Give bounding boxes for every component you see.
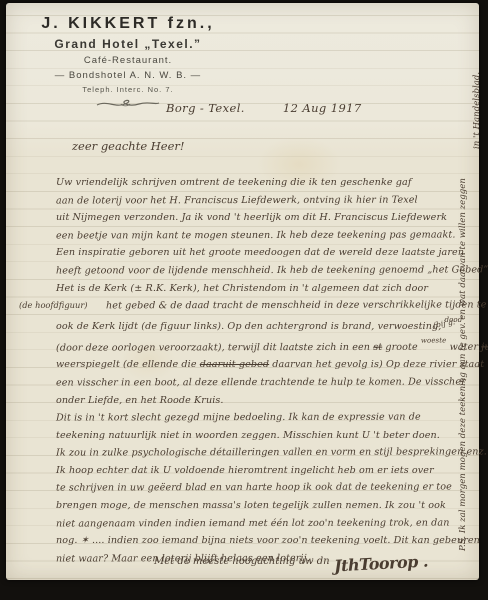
letter-line: te schrijven in uw geëerd blad en van ha…: [56, 479, 464, 498]
photo-backdrop: J. KIKKERT fzn., Grand Hotel „Texel.” Ca…: [0, 0, 488, 600]
letter-line: teekening natuurlijk niet in woorden zeg…: [56, 427, 464, 445]
letter-paper: J. KIKKERT fzn., Grand Hotel „Texel.” Ca…: [6, 3, 479, 580]
letter-line: Ik zou in zulke psychologische détailler…: [56, 444, 464, 463]
letter-line: aan de loterij voor het H. Franciscus Li…: [56, 191, 464, 210]
letter-line: onder Liefde, en het Roode Kruis.: [56, 392, 464, 410]
letter-line: brengen moge, de menschen massa's loten …: [56, 497, 464, 515]
letter-line: (door deze oorlogen veroorzaakt), terwij…: [56, 335, 464, 357]
letter-line: nog. ✶ .... indien zoo iemand bijna niet…: [56, 532, 464, 550]
postscript-vertical-wrap: in 't Handelsblad.: [472, 39, 484, 149]
letter-line: een beetje van mijn kant te mogen steune…: [56, 226, 464, 245]
letterhead-bondshotel: — Bondshotel A. N. W. B. —: [14, 70, 242, 81]
letterhead-name: J. KIKKERT fzn.,: [14, 15, 242, 33]
letterhead-cafe: Café-Restaurant.: [14, 55, 242, 66]
letter-line: ook de Kerk lijdt (de figuur links). Op …: [56, 315, 464, 336]
dateline: Borg - Texel. 12 Aug 1917: [166, 101, 362, 115]
dateline-place: Borg - Texel.: [166, 101, 245, 115]
letter-line: weerspiegelt (de ellende die daaruit geb…: [56, 356, 464, 374]
signature: JthToorop .: [334, 552, 429, 576]
letterhead-telephone: Teleph. Interc. No. 7.: [14, 85, 242, 94]
letter-line: niet aangenaam vinden indien iemand met …: [56, 514, 464, 533]
letter-line: uit Nijmegen verzonden. Ja ik vond 't he…: [56, 209, 464, 227]
dateline-date: 12 Aug 1917: [283, 101, 362, 115]
letter-line: heeft getoond voor de lijdende menschhei…: [56, 261, 464, 280]
letter-line: Een inspiratie geboren uit het groote me…: [56, 244, 464, 262]
letter-line: Uw vriendelijk schrijven omtrent de teek…: [56, 174, 464, 192]
margin-note-left: (de hoofdfiguur): [19, 300, 88, 310]
letterhead: J. KIKKERT fzn., Grand Hotel „Texel.” Ca…: [14, 15, 242, 115]
letter-line: Ik hoop echter dat ik U voldoende hierom…: [56, 462, 464, 480]
letter-line: Dit is in 't kort slecht gezegd mijne be…: [56, 409, 464, 428]
letterhead-hotel: Grand Hotel „Texel.”: [14, 37, 242, 51]
postscript-vertical: P.S. Ik zal morgen mogen deze teekening …: [458, 51, 470, 551]
closing-line: Met de meeste hoogachting uw dn: [154, 556, 330, 567]
letter-line: het gebed & de daad tracht de menschheid…: [56, 297, 464, 316]
letter-body: Uw vriendelijk schrijven omtrent de teek…: [56, 174, 464, 567]
letter-line: Het is de Kerk (± R.K. Kerk), het Christ…: [56, 280, 464, 298]
salutation: zeer geachte Heer!: [72, 139, 185, 153]
letter-line: een visscher in een boot, al deze ellend…: [56, 373, 464, 392]
